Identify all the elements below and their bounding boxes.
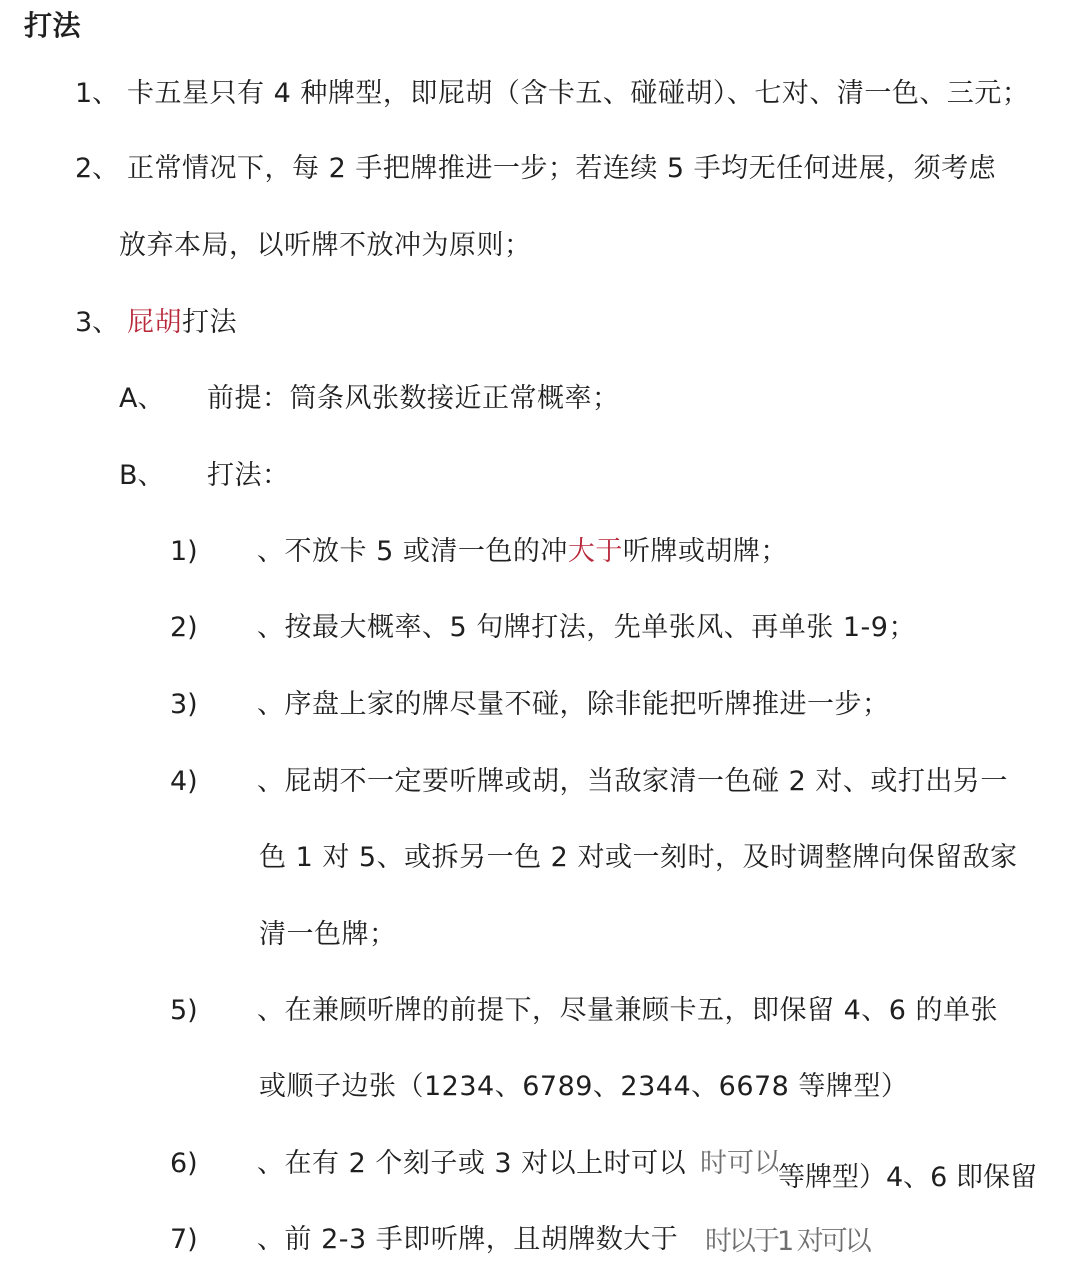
item-3-rest: 打法 xyxy=(182,307,237,338)
point-1-before: 、不放卡 5 或清一色的冲 xyxy=(257,536,568,567)
point-2-number: 2) xyxy=(170,610,198,646)
item-2-text-line1: 正常情况下，每 2 手把牌推进一步；若连续 5 手均无任何进展，须考虑 xyxy=(127,151,996,187)
point-1-highlight: 大于 xyxy=(568,536,623,567)
point-6-ghost-text: 时可以 xyxy=(700,1146,781,1182)
point-3-text: 、序盘上家的牌尽量不碰，除非能把听牌推进一步； xyxy=(257,687,890,723)
point-3-number: 3) xyxy=(170,687,198,723)
point-6-number: 6) xyxy=(170,1146,198,1182)
point-4-number: 4) xyxy=(170,764,198,800)
point-4-line1: 、屁胡不一定要听牌或胡，当敌家清一色碰 2 对、或打出另一 xyxy=(257,764,1008,800)
item-2-number: 2、 xyxy=(75,151,119,187)
item-3-number: 3、 xyxy=(75,305,119,341)
point-6-text: 、在有 2 个刻子或 3 对以上时可以 xyxy=(257,1146,686,1182)
subitem-a-text: 前提：筒条风张数接近正常概率； xyxy=(207,381,620,417)
point-4-line2: 色 1 对 5、或拆另一色 2 对或一刻时，及时调整牌向保留敌家 xyxy=(259,840,1017,876)
item-3-heading: 屁胡打法 xyxy=(127,305,237,341)
item-1-text: 卡五星只有 4 种牌型，即屁胡（含卡五、碰碰胡）、七对、清一色、三元； xyxy=(127,76,1029,112)
point-1-text: 、不放卡 5 或清一色的冲大于听牌或胡牌； xyxy=(257,534,788,570)
subitem-b-label: B、 xyxy=(119,458,165,494)
section-title: 打法 xyxy=(24,8,81,44)
point-7-text: 、前 2-3 手即听牌，且胡牌数大于 xyxy=(257,1222,678,1258)
point-1-after: 听牌或胡牌； xyxy=(623,536,788,567)
point-4-line3: 清一色牌； xyxy=(259,917,397,953)
item-3-highlight: 屁胡 xyxy=(127,307,182,338)
point-1-number: 1) xyxy=(170,534,198,570)
point-5-line2: 或顺子边张（1234、6789、2344、6678 等牌型） xyxy=(259,1069,908,1105)
point-5-number: 5) xyxy=(170,993,198,1029)
item-1-number: 1、 xyxy=(75,76,119,112)
point-5-line1: 、在兼顾听牌的前提下，尽量兼顾卡五，即保留 4、6 的单张 xyxy=(257,993,998,1029)
item-2-text-line2: 放弃本局，以听牌不放冲为原则； xyxy=(119,228,532,264)
point-2-text: 、按最大概率、5 句牌打法，先单张风、再单张 1-9； xyxy=(257,610,916,646)
point-7-ghost-text: 时以于1 对可以 xyxy=(705,1224,869,1260)
subitem-b-text: 打法： xyxy=(207,458,290,494)
point-7-number: 7) xyxy=(170,1222,198,1258)
point-6-overlay-text: 等牌型）4、6 即保留 xyxy=(778,1160,1037,1196)
subitem-a-label: A、 xyxy=(119,381,164,417)
